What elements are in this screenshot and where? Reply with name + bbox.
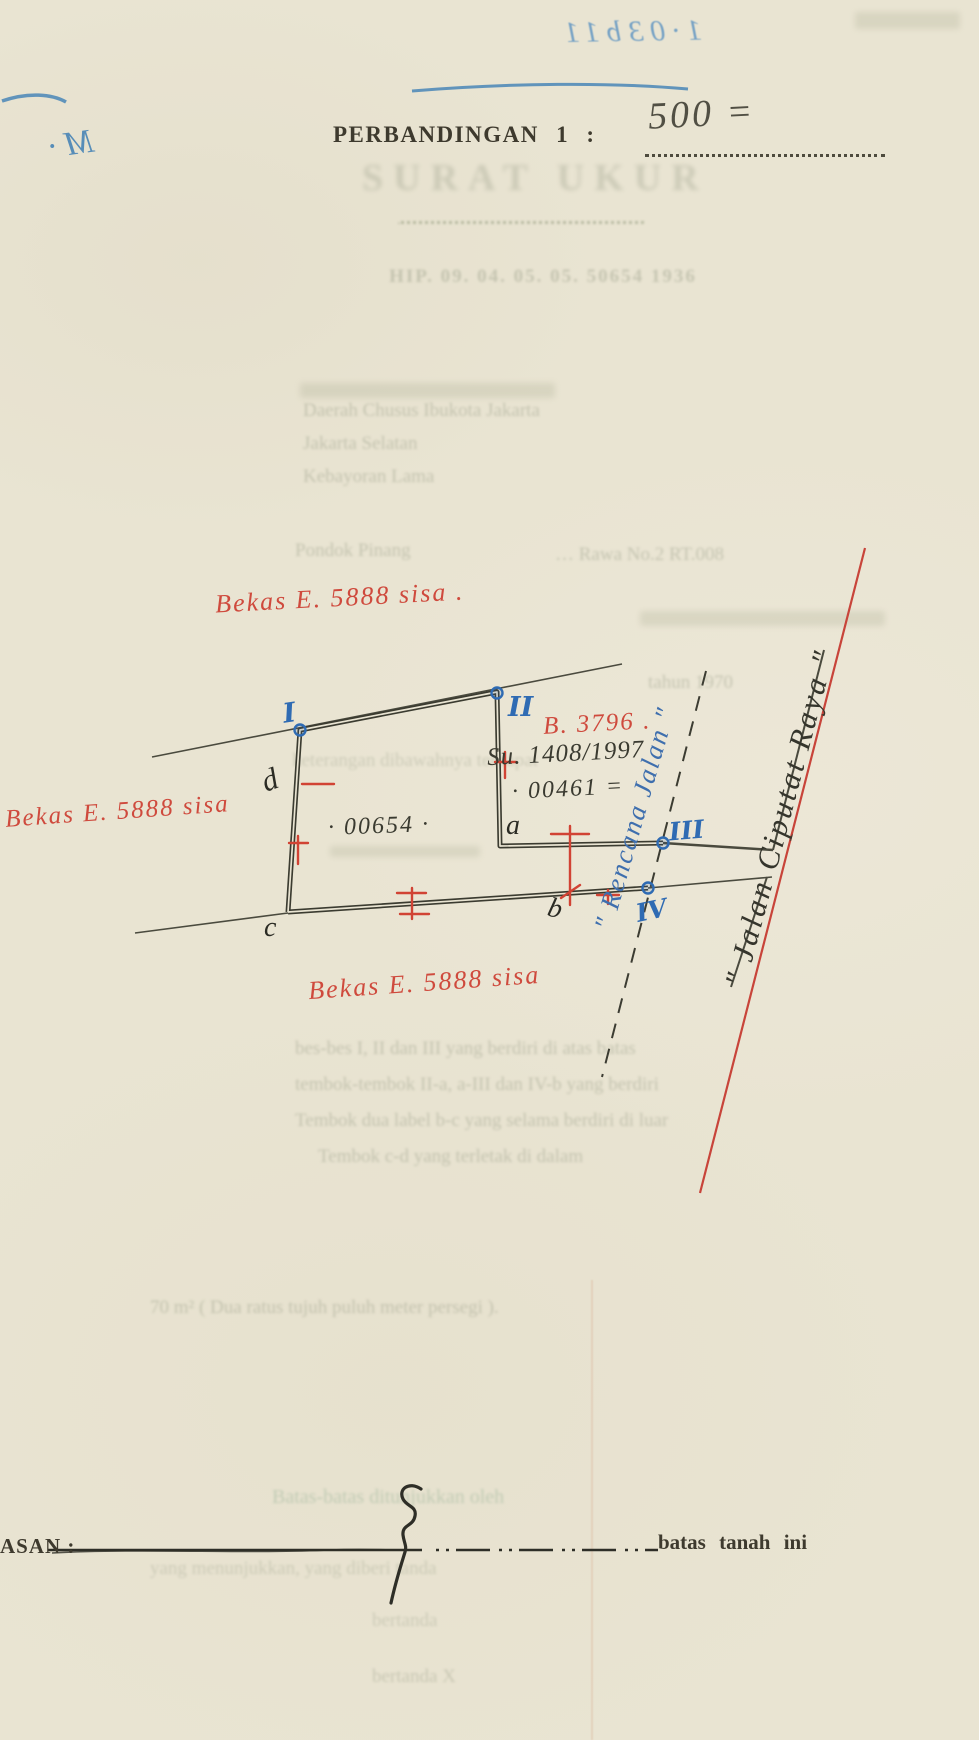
blue-pen-stroke xyxy=(412,84,688,91)
scanned-survey-document: SURAT UKUR HIP. 09. 04. 05. 05. 50654 19… xyxy=(0,0,979,1740)
footer-left-label: ASAN : xyxy=(0,1534,75,1559)
hand-brace-symbol xyxy=(391,1486,421,1603)
footer-right-label: batas tanah ini xyxy=(658,1530,807,1555)
corner-label-a: a xyxy=(506,810,520,842)
point-label-2: II xyxy=(508,692,533,723)
label-area-left: · 00654 · xyxy=(328,811,431,842)
survey-sketch xyxy=(0,0,979,1740)
boundary-lines xyxy=(135,650,824,987)
corner-label-c: c xyxy=(264,912,276,944)
blue-pen-stroke xyxy=(2,95,66,102)
point-label-3: III xyxy=(668,815,705,847)
footer-rule xyxy=(48,1486,658,1603)
